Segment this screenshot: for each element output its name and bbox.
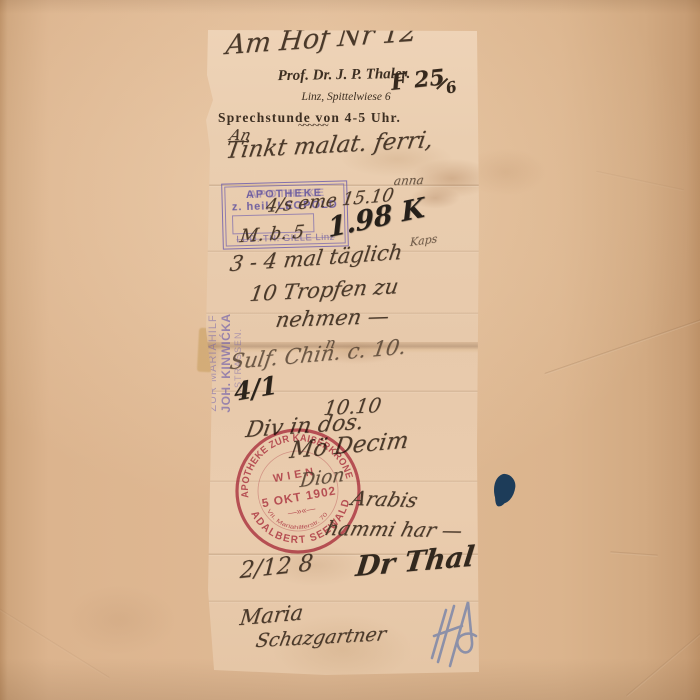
monogram-stroke [450,602,476,666]
crease-line [0,603,110,679]
dosage-line-3: nehmen — [274,304,391,332]
document-strip: Am Hof Nr 12 Prof. Dr. J. P. Thaler. F 2… [206,30,479,675]
handwritten-address: Am Hof Nr 12 [224,16,418,61]
overstamp-scribble-3: hammi har — [323,516,466,542]
backing-paper: Am Hof Nr 12 Prof. Dr. J. P. Thaler. F 2… [0,0,700,700]
pencil-monogram [428,596,484,674]
patient-name-line1: Maria [239,600,305,630]
kaiserkrone-arc-top: APOTHEKE ZUR KAISERKRONE [231,424,355,500]
crease-line [626,615,700,697]
rx-line-1: Tinkt malat. ferri, [224,127,435,164]
quantity-mark: 4/1 [233,370,278,407]
overstamp-scribble-2: Arabis [349,486,421,512]
crease-line [610,551,658,556]
archive-note-sub: 6 [444,78,459,98]
crease-line [544,317,700,375]
flourish-squiggle: ~~~~~~ [298,118,328,134]
rx-annotation-anna: anna [393,173,425,188]
ink-blot [492,473,516,505]
practice-address: Linz, Spittelwiese 6 [271,91,421,103]
kaiserkrone-ornament: —»«— [287,503,316,518]
price-note: Kaps [410,232,438,249]
svg-text:APOTHEKE ZUR KAISERKRONE: APOTHEKE ZUR KAISERKRONE [231,424,355,500]
dosage-line-2: 10 Tropfen zu [248,274,400,306]
patient-name-line2: Schazgartner [254,623,388,652]
crease-line [596,171,684,192]
